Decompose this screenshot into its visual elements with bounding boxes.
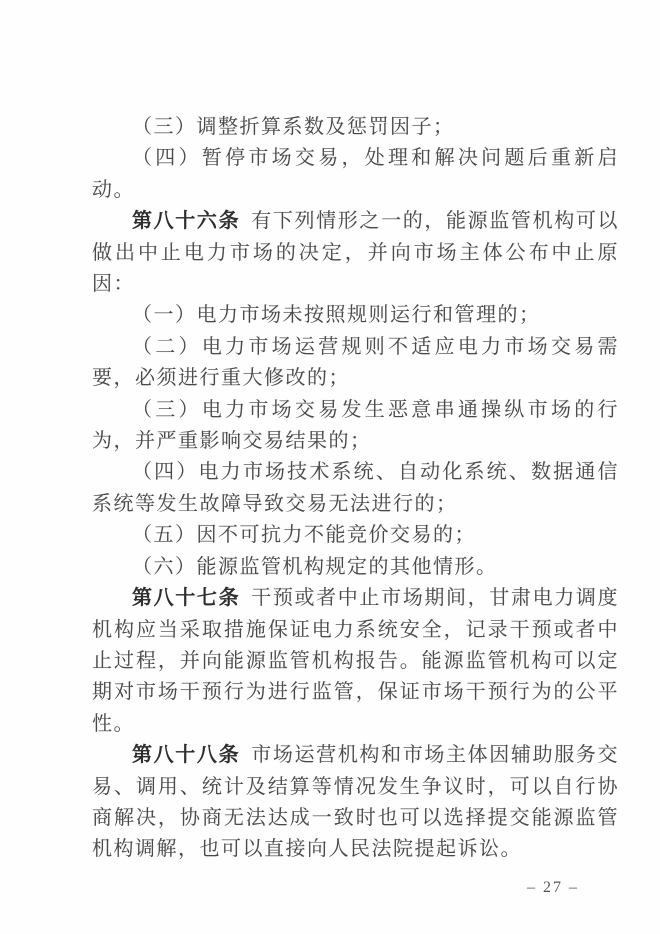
article-paragraph: 第八十七条干预或者中止市场期间，甘肃电力调度机构应当采取措施保证电力系统安全，记… xyxy=(92,583,619,740)
paragraph-text: （四）暂停市场交易，处理和解决问题后重新启动。 xyxy=(92,147,619,200)
article-number: 第八十六条 xyxy=(132,210,240,232)
paragraph-text: 干预或者中止市场期间，甘肃电力调度机构应当采取措施保证电力系统安全，记录干预或者… xyxy=(92,587,619,735)
list-item: （二）电力市场运营规则不适应电力市场交易需要，必须进行重大修改的； xyxy=(92,332,619,395)
list-item: （五）因不可抗力不能竞价交易的； xyxy=(92,520,619,551)
document-page: （三）调整折算系数及惩罚因子； （四）暂停市场交易，处理和解决问题后重新启动。 … xyxy=(0,0,660,934)
paragraph-text: （四）电力市场技术系统、自动化系统、数据通信系统等发生故障导致交易无法进行的； xyxy=(92,461,619,514)
article-paragraph: 第八十六条有下列情形之一的，能源监管机构可以做出中止电力市场的决定，并向市场主体… xyxy=(92,206,619,300)
paragraph-text: （三）电力市场交易发生恶意串通操纵市场的行为，并严重影响交易结果的； xyxy=(92,399,619,452)
list-item: （三）电力市场交易发生恶意串通操纵市场的行为，并严重影响交易结果的； xyxy=(92,395,619,458)
list-item: （一）电力市场未按照规则运行和管理的； xyxy=(92,300,619,331)
article-paragraph: 第八十八条市场运营机构和市场主体因辅助服务交易、调用、统计及结算等情况发生争议时… xyxy=(92,740,619,866)
paragraph-text: （一）电力市场未按照规则运行和管理的； xyxy=(132,304,541,326)
paragraph-text: （二）电力市场运营规则不适应电力市场交易需要，必须进行重大修改的； xyxy=(92,336,619,389)
paragraph-text: （三）调整折算系数及惩罚因子； xyxy=(132,116,455,138)
list-item: （四）电力市场技术系统、自动化系统、数据通信系统等发生故障导致交易无法进行的； xyxy=(92,457,619,520)
paragraph-text: （六）能源监管机构规定的其他情形。 xyxy=(132,556,498,578)
article-number: 第八十七条 xyxy=(132,587,240,609)
document-body: （三）调整折算系数及惩罚因子； （四）暂停市场交易，处理和解决问题后重新启动。 … xyxy=(92,112,619,866)
list-item: （四）暂停市场交易，处理和解决问题后重新启动。 xyxy=(92,143,619,206)
list-item: （三）调整折算系数及惩罚因子； xyxy=(92,112,619,143)
paragraph-text: （五）因不可抗力不能竞价交易的； xyxy=(132,524,476,546)
list-item: （六）能源监管机构规定的其他情形。 xyxy=(92,552,619,583)
page-number: – 27 – xyxy=(527,879,579,897)
article-number: 第八十八条 xyxy=(132,744,240,766)
